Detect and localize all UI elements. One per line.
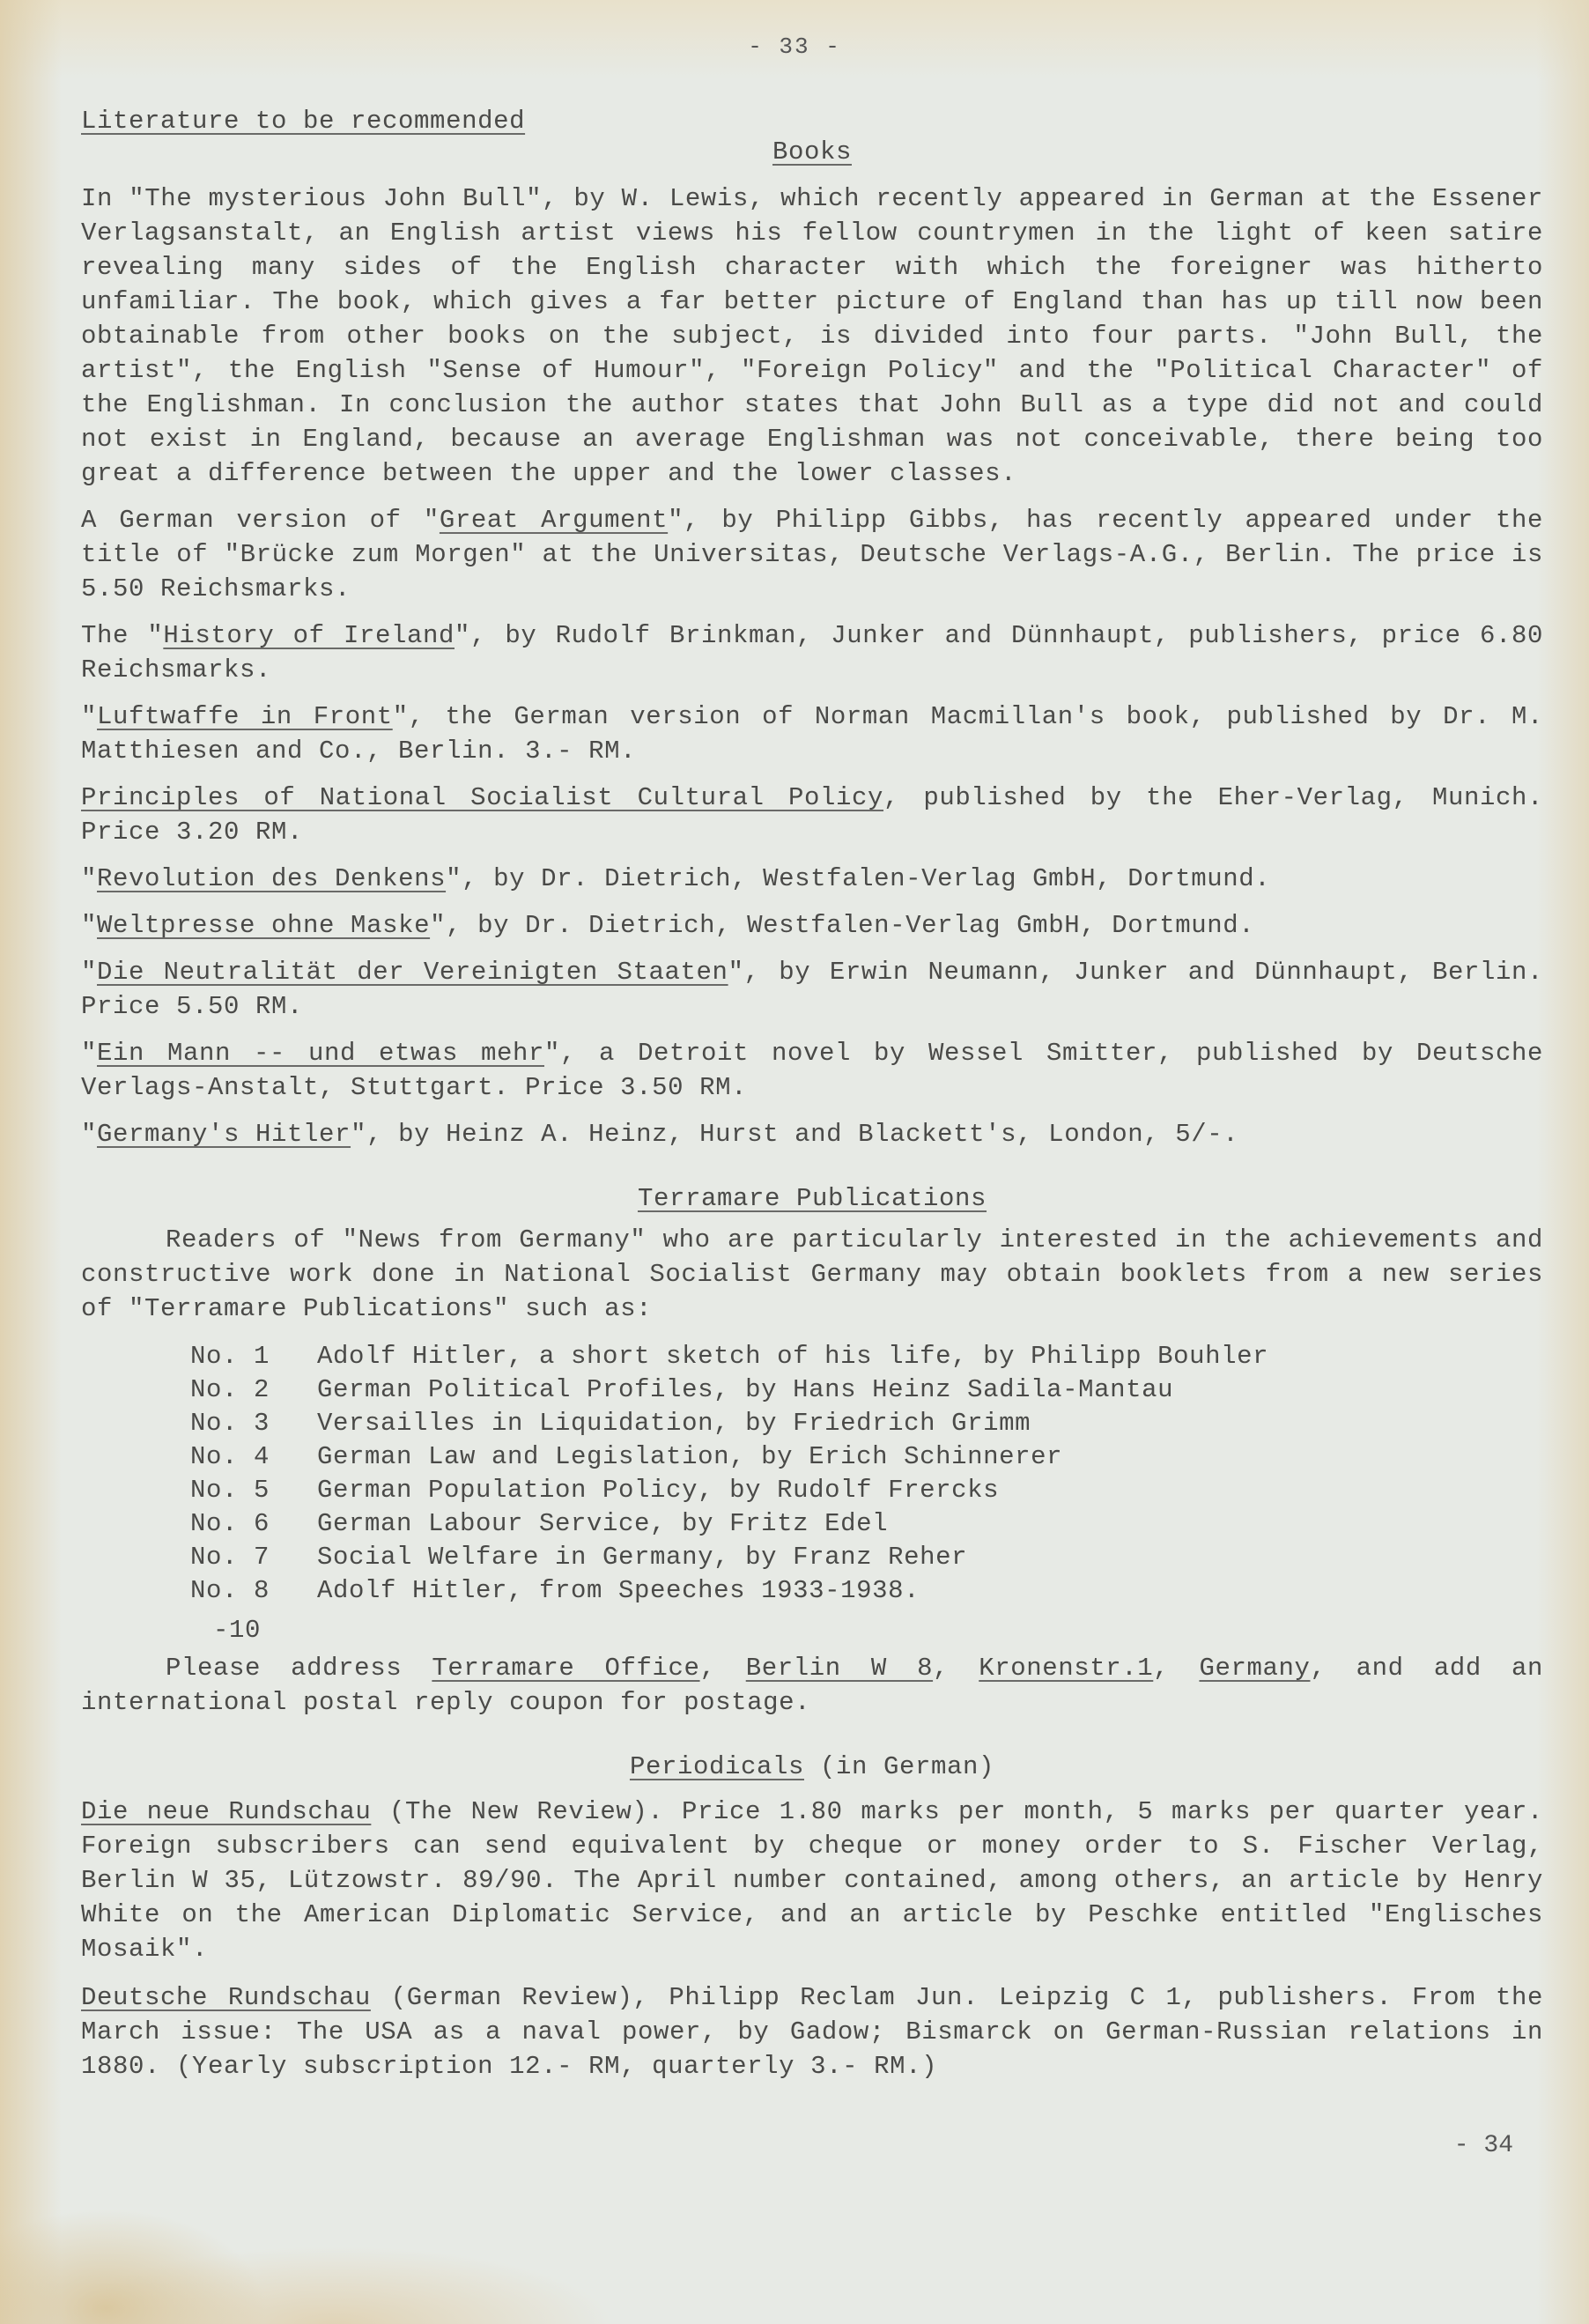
booklet-item: No. 3Versailles in Liquidation, by Fried… — [190, 1407, 1543, 1440]
terramare-heading: Terramare Publications — [81, 1181, 1543, 1216]
terramare-address: Please address Terramare Office, Berlin … — [81, 1651, 1543, 1720]
periodicals-section: Die neue Rundschau (The New Review). Pri… — [81, 1795, 1543, 2083]
book-title: Ein Mann -- und etwas mehr — [97, 1039, 544, 1068]
page-heading: Literature to be recommended — [81, 104, 1543, 138]
book-entry: The "History of Ireland", by Rudolf Brin… — [81, 618, 1543, 687]
book-title: Revolution des Denkens — [97, 864, 446, 893]
terramare-section: Readers of "News from Germany" who are p… — [81, 1223, 1543, 1720]
book-entry: A German version of "Great Argument", by… — [81, 503, 1543, 606]
booklet-item: No. 4German Law and Legislation, by Eric… — [190, 1440, 1543, 1474]
booklet-list: No. 1Adolf Hitler, a short sketch of his… — [81, 1340, 1543, 1608]
book-entry: "Ein Mann -- und etwas mehr", a Detroit … — [81, 1036, 1543, 1105]
booklet-item: No. 1Adolf Hitler, a short sketch of his… — [190, 1340, 1543, 1373]
booklet-item: No. 6German Labour Service, by Fritz Ede… — [190, 1507, 1543, 1541]
book-title: Germany's Hitler — [97, 1120, 351, 1149]
book-entry: "Germany's Hitler", by Heinz A. Heinz, H… — [81, 1117, 1543, 1151]
booklet-item: No. 7Social Welfare in Germany, by Franz… — [190, 1541, 1543, 1574]
book-title: History of Ireland — [163, 621, 455, 650]
periodical-title: Die neue Rundschau — [81, 1797, 371, 1826]
address-city: Berlin W 8 — [746, 1654, 933, 1683]
page-number-bottom: - 34 — [1454, 2132, 1513, 2159]
document-body: Literature to be recommended Books In "T… — [81, 104, 1543, 2098]
booklet-item: No. 5German Population Policy, by Rudolf… — [190, 1474, 1543, 1507]
book-entry: "Weltpresse ohne Maske", by Dr. Dietrich… — [81, 908, 1543, 943]
book-title: Principles of National Socialist Cultura… — [81, 783, 883, 812]
address-office: Terramare Office — [432, 1654, 699, 1683]
periodicals-heading: Periodicals (in German) — [81, 1750, 1543, 1784]
periodical-title: Deutsche Rundschau — [81, 1983, 371, 2012]
address-street: Kronenstr.1 — [979, 1654, 1153, 1683]
book-entry: "Die Neutralität der Vereinigten Staaten… — [81, 955, 1543, 1024]
booklet-item: No. 8Adolf Hitler, from Speeches 1933-19… — [190, 1574, 1543, 1608]
page-number-top: - 33 - — [0, 33, 1589, 60]
book-entry: In "The mysterious John Bull", by W. Lew… — [81, 181, 1543, 491]
book-title: Luftwaffe in Front — [97, 702, 393, 731]
book-entry: "Luftwaffe in Front", the German version… — [81, 699, 1543, 768]
book-title: Great Argument — [440, 506, 668, 535]
booklet-item: No. 2German Political Profiles, by Hans … — [190, 1373, 1543, 1407]
books-section: In "The mysterious John Bull", by W. Lew… — [81, 181, 1543, 1151]
booklet-list-note: -10 — [81, 1613, 1543, 1647]
address-country: Germany — [1199, 1654, 1310, 1683]
book-title: Die Neutralität der Vereinigten Staaten — [97, 958, 728, 987]
book-entry: "Revolution des Denkens", by Dr. Dietric… — [81, 862, 1543, 896]
book-entry: Principles of National Socialist Cultura… — [81, 781, 1543, 849]
terramare-intro: Readers of "News from Germany" who are p… — [81, 1223, 1543, 1326]
books-heading: Books — [81, 135, 1543, 169]
periodical-entry: Die neue Rundschau (The New Review). Pri… — [81, 1795, 1543, 1966]
periodical-entry: Deutsche Rundschau (German Review), Phil… — [81, 1980, 1543, 2083]
book-title: Weltpresse ohne Maske — [97, 911, 430, 940]
